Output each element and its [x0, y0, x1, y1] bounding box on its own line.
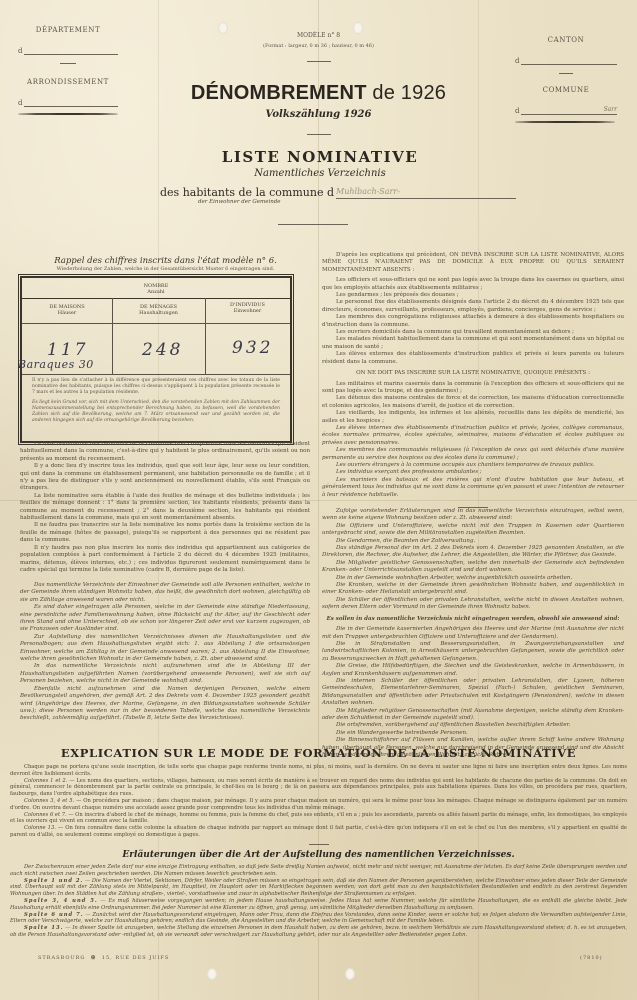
header-left: DÉPARTEMENT d ARRONDISSEMENT d: [18, 26, 118, 115]
page-title: DÉNOMBREMENT de 1926: [150, 82, 487, 105]
separator: [278, 224, 348, 225]
habitants-german: der Einwohner der Gemeinde: [198, 199, 516, 205]
col-individus-header: D'INDIVIDUS Einwohner: [205, 302, 290, 314]
printer-city: STRASBOURG: [38, 955, 85, 961]
punch-hole: [345, 968, 355, 980]
printer-address: 15, RUE DES JUIFS: [102, 955, 170, 961]
liste-title: LISTE NOMINATIVE: [150, 148, 490, 166]
nicht-eintragen-header: Es sollen in das namentliche Verzeichnis…: [322, 616, 624, 623]
separator: [18, 113, 118, 115]
arrondissement-value: [24, 98, 118, 107]
arrondissement-field[interactable]: d: [18, 98, 118, 107]
separator: [559, 73, 573, 74]
rappel-subtitle: Wiederholung der Zahlen, welche in der G…: [18, 266, 313, 272]
separator: [307, 134, 331, 135]
rappel-table: NOMBRE Anzahl DE MAISONS Häuser DE MÉNAG…: [20, 276, 292, 443]
erlaeuterungen-section: Erläuterungen über die Art der Aufstellu…: [10, 850, 627, 939]
erlaeuterungen-title: Erläuterungen über die Art der Aufstellu…: [10, 850, 627, 860]
habitants-field[interactable]: des habitants de la commune d Muhlbach-S…: [160, 186, 516, 205]
liste-heading: LISTE NOMINATIVE Namentliches Verzeichni…: [150, 148, 490, 179]
rappel-note-de: Es liegt kein Grund vor, sich mit dem Un…: [32, 400, 280, 424]
header-right: CANTON d COMMUNE d Sarr: [515, 36, 617, 123]
baraques-annotation: Baraques 30: [18, 358, 94, 371]
liste-title-german: Namentliches Verzeichnis: [150, 168, 490, 179]
erlaeuterungen-body: Der Zwischenraum einer jeden Zeile darf …: [10, 864, 627, 939]
inscrire-intro: D'après les explications qui précèdent, …: [322, 252, 624, 274]
departement-value: [24, 46, 118, 55]
table-rule: [22, 298, 290, 299]
maisons-value: 117: [47, 340, 88, 360]
left-text-de: Das namentliche Verzeichnis der Einwohne…: [20, 582, 310, 723]
col-maisons-header: DE MAISONS Häuser: [22, 304, 112, 316]
separator: [307, 61, 331, 62]
menages-value: 248: [142, 340, 183, 360]
separator: [515, 121, 615, 123]
commune-value: Sarr: [521, 106, 617, 115]
explication-section: EXPLICATION SUR LE MODE DE FORMATION DE …: [10, 746, 627, 845]
canton-value: [521, 56, 617, 65]
printer-logo-icon: ✠: [91, 955, 96, 961]
separator: [309, 844, 329, 845]
modele-number: MODÈLE n° 8: [150, 32, 487, 39]
format-note: (Format : largeur, 0 m 36 ; hauteur, 0 m…: [150, 43, 487, 49]
canton-label: CANTON: [515, 36, 617, 44]
table-rule: [22, 374, 290, 375]
header-center: MODÈLE n° 8 (Format : largeur, 0 m 36 ; …: [150, 32, 487, 135]
explication-title: EXPLICATION SUR LE MODE DE FORMATION DE …: [10, 746, 627, 760]
habitants-value: Muhlbach-Sarr-: [336, 187, 516, 199]
rappel-note-fr: Il n'y a pas lieu de s'attacher à la dif…: [32, 378, 280, 396]
print-code: (7810): [580, 955, 603, 961]
left-text-fr: La liste nominative des habitants de la …: [20, 441, 310, 574]
page-subtitle-german: Volkszählung 1926: [150, 109, 487, 120]
individus-value: 932: [232, 338, 273, 358]
departement-field[interactable]: d: [18, 46, 118, 55]
habitants-label: des habitants de la commune d: [160, 186, 334, 199]
ne-pas-inscrire-header: ON NE DOIT PAS INSCRIRE SUR LA LISTE NOM…: [322, 370, 624, 377]
right-text-de: Zufolge vorstehender Erläuterungen sind …: [322, 508, 624, 759]
printer-imprint: STRASBOURG ✠ 15, RUE DES JUIFS: [38, 955, 169, 961]
explication-body: Chaque page ne portera qu'une seule insc…: [10, 764, 627, 839]
col-menages-header: DE MÉNAGES Haushaltungen: [112, 304, 205, 316]
commune-field[interactable]: d Sarr: [515, 106, 617, 115]
nombre-label: NOMBRE: [22, 278, 290, 289]
nombre-german: Anzahl: [22, 289, 290, 295]
right-text-fr: D'après les explications qui précèdent, …: [322, 252, 624, 508]
arrondissement-label: ARRONDISSEMENT: [18, 78, 118, 86]
commune-label: COMMUNE: [515, 86, 617, 94]
canton-field[interactable]: d: [515, 56, 617, 65]
punch-hole: [207, 968, 217, 980]
table-rule: [22, 323, 290, 324]
rappel-section: Rappel des chiffres inscrits dans l'état…: [18, 256, 313, 272]
rappel-title: Rappel des chiffres inscrits dans l'état…: [18, 256, 313, 266]
separator: [60, 63, 76, 64]
departement-label: DÉPARTEMENT: [18, 26, 118, 34]
